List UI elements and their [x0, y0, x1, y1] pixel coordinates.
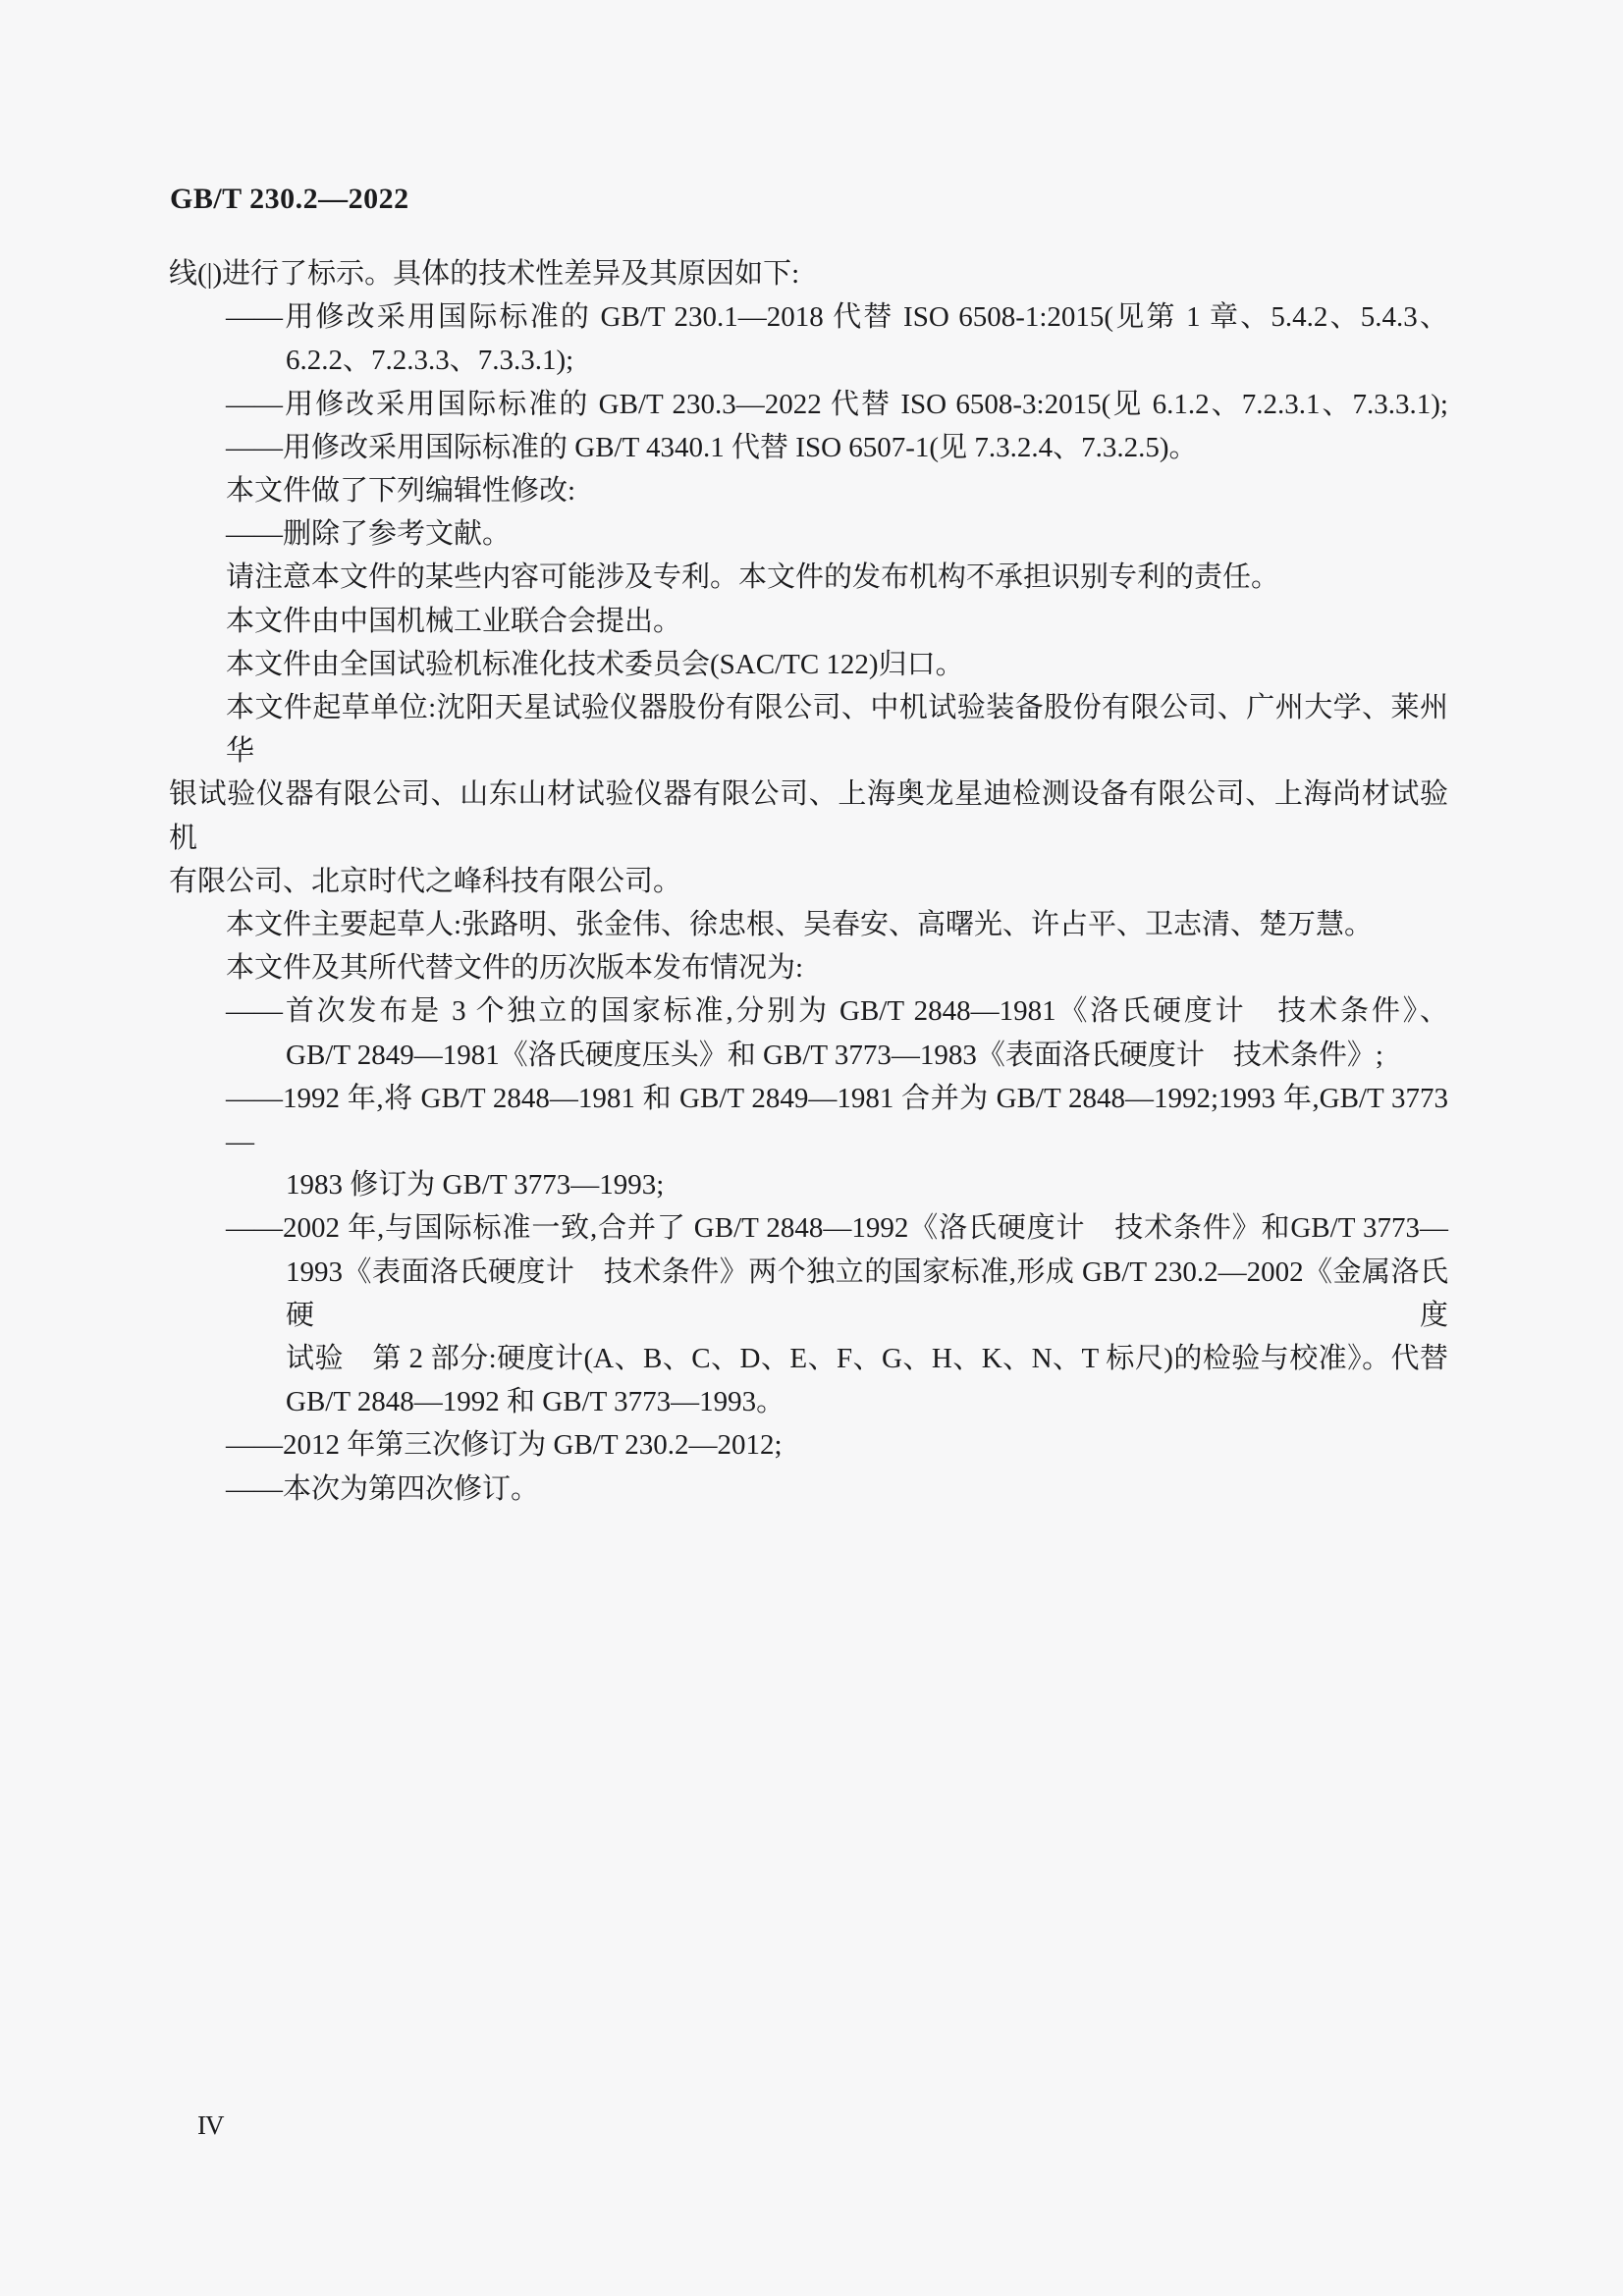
page-number: IV	[197, 2110, 224, 2141]
document-line-18: ——1992 年,将 GB/T 2848—1981 和 GB/T 2849—19…	[226, 1077, 1448, 1163]
document-header-standard-number: GB/T 230.2—2022	[170, 183, 409, 216]
document-line-21: 1993《表面洛氏硬度计 技术条件》两个独立的国家标准,形成 GB/T 230.…	[286, 1251, 1448, 1337]
scanned-document-page: GB/T 230.2—2022 线(|)进行了标示。具体的技术性差异及其原因如下…	[0, 0, 1623, 2296]
document-line-23: GB/T 2848—1992 和 GB/T 3773—1993。	[286, 1380, 1448, 1423]
document-line-22: 试验 第 2 部分:硬度计(A、B、C、D、E、F、G、H、K、N、T 标尺)的…	[286, 1337, 1448, 1380]
document-line-4: ——用修改采用国际标准的 GB/T 230.3—2022 代替 ISO 6508…	[226, 383, 1448, 426]
document-line-14: 本文件主要起草人:张路明、张金伟、徐忠根、吴春安、高曙光、许占平、卫志清、楚万慧…	[226, 903, 1448, 946]
document-line-7: ——删除了参考文献。	[226, 512, 1448, 556]
document-line-1: 线(|)进行了标示。具体的技术性差异及其原因如下:	[169, 252, 1448, 295]
document-line-10: 本文件由全国试验机标准化技术委员会(SAC/TC 122)归口。	[226, 643, 1448, 686]
document-line-20: ——2002 年,与国际标准一致,合并了 GB/T 2848—1992《洛氏硬度…	[226, 1206, 1448, 1250]
document-line-8: 请注意本文件的某些内容可能涉及专利。本文件的发布机构不承担识别专利的责任。	[226, 556, 1448, 599]
document-line-16: ——首次发布是 3 个独立的国家标准,分别为 GB/T 2848—1981《洛氏…	[226, 989, 1448, 1033]
document-line-6: 本文件做了下列编辑性修改:	[226, 469, 1448, 512]
document-line-5: ——用修改采用国际标准的 GB/T 4340.1 代替 ISO 6507-1(见…	[226, 426, 1448, 469]
document-line-13: 有限公司、北京时代之峰科技有限公司。	[169, 860, 1448, 903]
document-line-17: GB/T 2849—1981《洛氏硬度压头》和 GB/T 3773—1983《表…	[286, 1034, 1448, 1077]
document-line-2: ——用修改采用国际标准的 GB/T 230.1—2018 代替 ISO 6508…	[226, 295, 1448, 339]
document-line-19: 1983 修订为 GB/T 3773—1993;	[286, 1163, 1448, 1206]
document-line-15: 本文件及其所代替文件的历次版本发布情况为:	[226, 946, 1448, 989]
document-body: 线(|)进行了标示。具体的技术性差异及其原因如下: ——用修改采用国际标准的 G…	[169, 252, 1448, 1511]
document-line-25: ——本次为第四次修订。	[226, 1468, 1448, 1511]
document-line-12: 银试验仪器有限公司、山东山材试验仪器有限公司、上海奥龙星迪检测设备有限公司、上海…	[169, 773, 1448, 859]
document-line-24: ——2012 年第三次修订为 GB/T 230.2—2012;	[226, 1423, 1448, 1467]
document-line-9: 本文件由中国机械工业联合会提出。	[226, 600, 1448, 643]
document-line-3: 6.2.2、7.2.3.3、7.3.3.1);	[286, 339, 1448, 382]
document-line-11: 本文件起草单位:沈阳天星试验仪器股份有限公司、中机试验装备股份有限公司、广州大学…	[226, 686, 1448, 773]
